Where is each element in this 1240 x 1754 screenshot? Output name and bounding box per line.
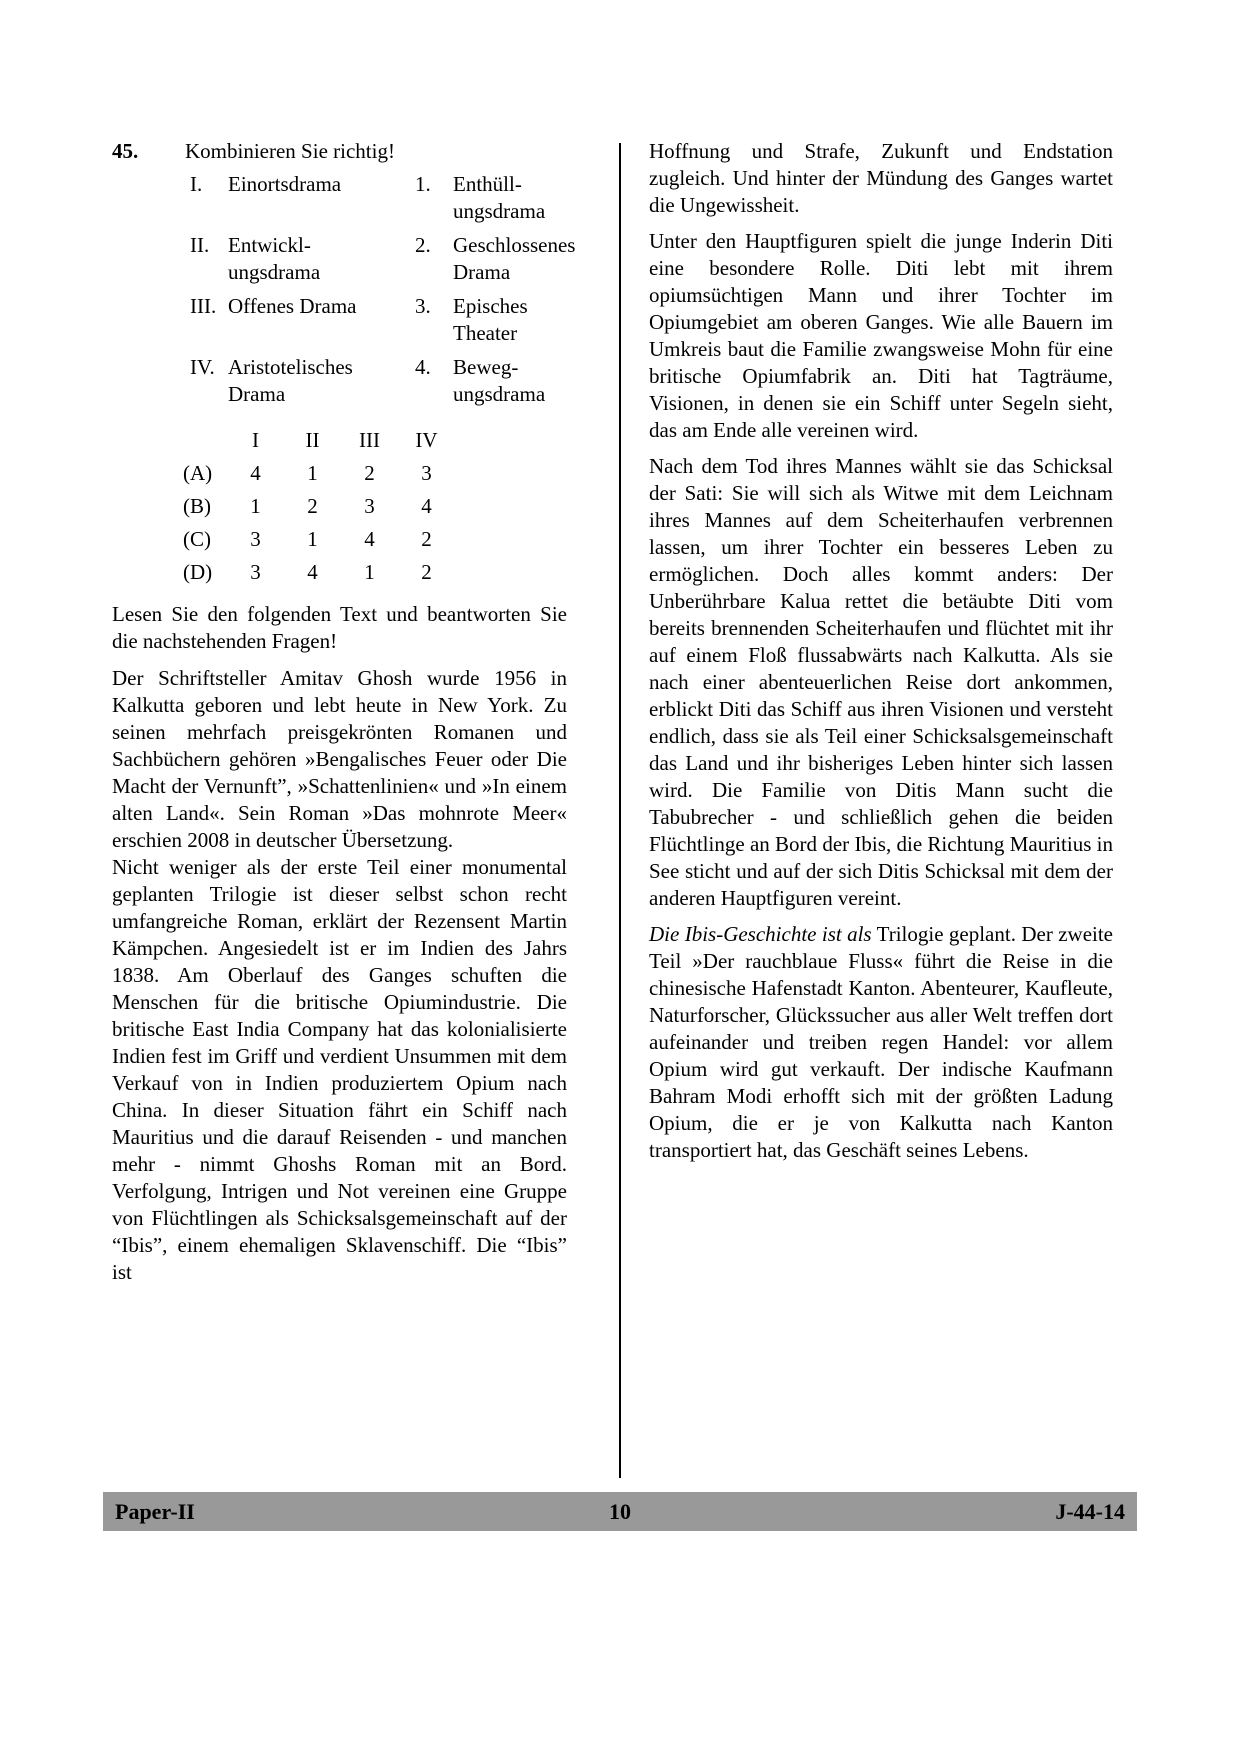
footer-bar: Paper-II 10 J-44-14 [103, 1492, 1137, 1531]
question-prompt: Kombinieren Sie richtig! [185, 138, 395, 165]
answer-value: 3 [341, 490, 398, 523]
answer-value: 4 [284, 556, 341, 589]
match-text: Aristotelisches Drama [228, 354, 353, 408]
answer-header-spacer [183, 424, 227, 457]
answer-option-row: (C) 3 1 4 2 [183, 523, 567, 556]
match-item-right: 4. Beweg- ungsdrama [415, 354, 567, 408]
question-number: 45. [112, 138, 185, 165]
instruction-paragraph: Lesen Sie den folgenden Text und beantwo… [112, 601, 567, 655]
answer-header-cell: III [341, 424, 398, 457]
match-text: Entwickl- ungsdrama [228, 232, 320, 286]
match-list: I. Einortsdrama 1. Enthüll- ungsdrama II… [112, 171, 567, 408]
footer-paper-label: Paper-II [115, 1499, 609, 1525]
match-item-right: 1. Enthüll- ungsdrama [415, 171, 567, 225]
match-item-left: II. Entwickl- ungsdrama [190, 232, 415, 286]
match-marker: III. [190, 293, 228, 347]
match-item-right: 2. Geschlossenes Drama [415, 232, 575, 286]
answer-header-cell: II [284, 424, 341, 457]
match-row: III. Offenes Drama 3. Episches Theater [190, 293, 567, 347]
answer-option-row: (A) 4 1 2 3 [183, 457, 567, 490]
match-marker: I. [190, 171, 228, 225]
answer-value: 2 [341, 457, 398, 490]
answer-value: 4 [398, 490, 455, 523]
two-column-layout: 45. Kombinieren Sie richtig! I. Einortsd… [112, 138, 1113, 1478]
answer-value: 3 [398, 457, 455, 490]
answer-option-label: (D) [183, 556, 227, 589]
match-marker: II. [190, 232, 228, 286]
answer-value: 1 [341, 556, 398, 589]
answer-table: I II III IV (A) 4 1 2 3 (B) 1 2 3 [112, 424, 567, 589]
match-text: Enthüll- ungsdrama [453, 171, 545, 225]
match-item-left: I. Einortsdrama [190, 171, 415, 225]
answer-option-label: (B) [183, 490, 227, 523]
answer-header-cell: IV [398, 424, 455, 457]
match-marker: 3. [415, 293, 453, 347]
match-item-left: IV. Aristotelisches Drama [190, 354, 415, 408]
answer-value: 1 [284, 523, 341, 556]
answer-value: 4 [227, 457, 284, 490]
match-row: IV. Aristotelisches Drama 4. Beweg- ungs… [190, 354, 567, 408]
answer-value: 4 [341, 523, 398, 556]
answer-value: 1 [227, 490, 284, 523]
answer-option-label: (C) [183, 523, 227, 556]
match-marker: 1. [415, 171, 453, 225]
footer-page-number: 10 [609, 1499, 631, 1525]
body-paragraph: Hoffnung und Strafe, Zukunft und Endstat… [649, 138, 1113, 219]
column-right: Hoffnung und Strafe, Zukunft und Endstat… [649, 138, 1113, 1173]
body-paragraph: Der Schriftsteller Amitav Ghosh wurde 19… [112, 665, 567, 854]
match-text: Offenes Drama [228, 293, 356, 347]
answer-value: 2 [284, 490, 341, 523]
match-text: Episches Theater [453, 293, 528, 347]
question-header: 45. Kombinieren Sie richtig! [112, 138, 567, 165]
column-left: 45. Kombinieren Sie richtig! I. Einortsd… [112, 138, 567, 1294]
body-paragraph: Unter den Hauptfiguren spielt die junge … [649, 228, 1113, 444]
match-row: I. Einortsdrama 1. Enthüll- ungsdrama [190, 171, 567, 225]
answer-value: 3 [227, 523, 284, 556]
match-text: Einortsdrama [228, 171, 341, 225]
body-paragraph: Nach dem Tod ihres Mannes wählt sie das … [649, 453, 1113, 912]
footer-paper-code: J-44-14 [1055, 1499, 1125, 1525]
answer-option-label: (A) [183, 457, 227, 490]
answer-value: 2 [398, 556, 455, 589]
match-marker: 4. [415, 354, 453, 408]
answer-option-row: (D) 3 4 1 2 [183, 556, 567, 589]
question-45: 45. Kombinieren Sie richtig! I. Einortsd… [112, 138, 567, 589]
answer-option-row: (B) 1 2 3 4 [183, 490, 567, 523]
match-item-left: III. Offenes Drama [190, 293, 415, 347]
answer-value: 1 [284, 457, 341, 490]
match-text: Beweg- ungsdrama [453, 354, 545, 408]
italic-lead: Die Ibis-Geschichte ist als [649, 922, 872, 946]
match-marker: IV. [190, 354, 228, 408]
match-marker: 2. [415, 232, 453, 286]
body-paragraph: Die Ibis-Geschichte ist als Trilogie gep… [649, 921, 1113, 1164]
paragraph-rest: Trilogie geplant. Der zweite Teil »Der r… [649, 922, 1113, 1162]
body-paragraph: Nicht weniger als der erste Teil einer m… [112, 854, 567, 1286]
match-row: II. Entwickl- ungsdrama 2. Geschlossenes… [190, 232, 567, 286]
match-text: Geschlossenes Drama [453, 232, 575, 286]
answer-value: 3 [227, 556, 284, 589]
answer-header-cell: I [227, 424, 284, 457]
answer-value: 2 [398, 523, 455, 556]
column-divider [619, 143, 621, 1478]
match-item-right: 3. Episches Theater [415, 293, 567, 347]
answer-header-row: I II III IV [183, 424, 567, 457]
